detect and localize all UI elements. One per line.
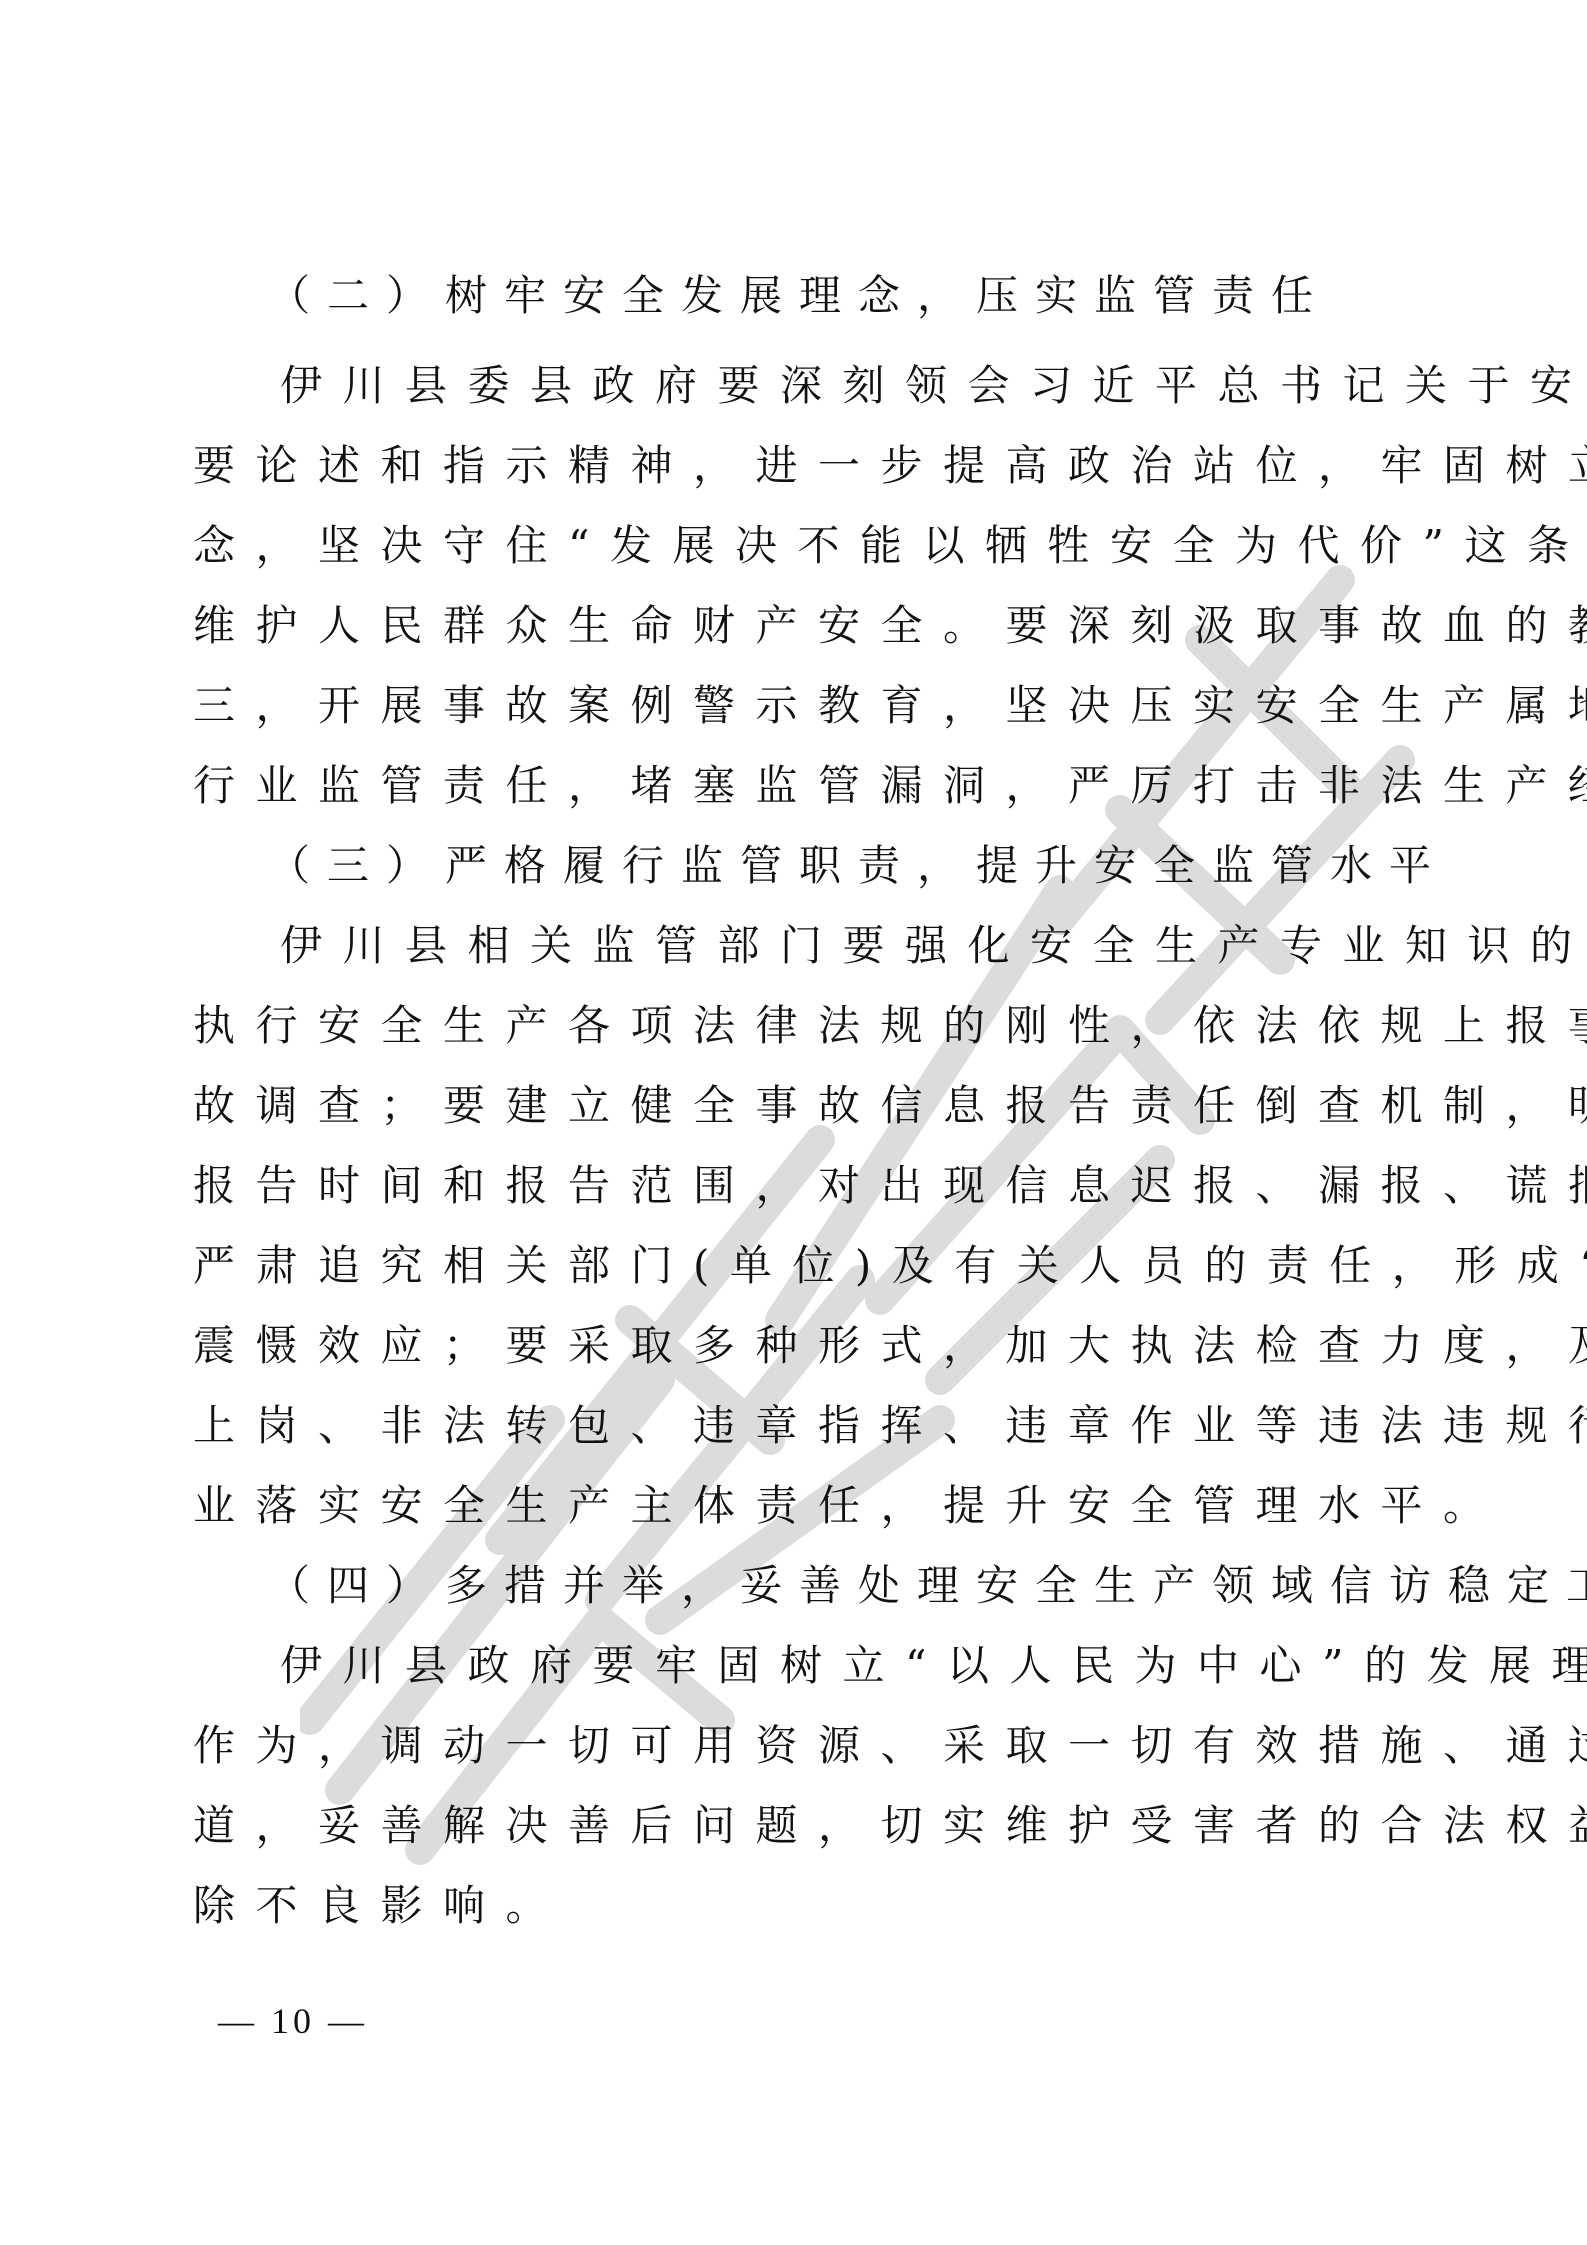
paragraph-line: 业落实安全生产主体责任，提升安全管理水平。 [193,1466,1393,1546]
paragraph-line: 报告时间和报告范围，对出现信息迟报、漏报、谎报、瞒报的， [193,1146,1393,1226]
paragraph-line: 伊川县相关监管部门要强化安全生产专业知识的学习，提升 [280,906,1480,986]
paragraph-line: 伊川县政府要牢固树立“以人民为中心”的发展理念，主动 [280,1626,1480,1706]
paragraph-line: 作为，调动一切可用资源、采取一切有效措施、通过一切合法渠 [193,1706,1393,1786]
paragraph-line: 三，开展事故案例警示教育，坚决压实安全生产属地管理责任和 [193,666,1393,746]
paragraph-line: 除不良影响。 [193,1866,1393,1946]
paragraph-line: 道，妥善解决善后问题，切实维护受害者的合法权益，尽可能消 [193,1786,1393,1866]
section-heading: （四）多措并举，妥善处理安全生产领域信访稳定工作 [268,1546,1468,1626]
paragraph-line: 震慑效应；要采取多种形式，加大执法检查力度，及时查处无证 [193,1306,1393,1386]
paragraph-line: 执行安全生产各项法律法规的刚性，依法依规上报事故和开展事 [193,986,1393,1066]
document-page: （二）树牢安全发展理念，压实监管责任 伊川县委县政府要深刻领会习近平总书记关于安… [0,0,1587,2245]
section-heading: （二）树牢安全发展理念，压实监管责任 [268,256,1468,336]
paragraph-line: 要论述和指示精神，进一步提高政治站位，牢固树立安全发展理 [193,426,1393,506]
page-number: — 10 — [218,2000,368,2042]
section-heading: （三）严格履行监管职责，提升安全监管水平 [268,826,1468,906]
paragraph-line: 念，坚决守住“发展决不能以牺牲安全为代价”这条红线，切实 [193,506,1393,586]
paragraph-line: 严肃追究相关部门(单位)及有关人员的责任，形成“不敢瞒”的 [193,1226,1393,1306]
paragraph-line: 故调查；要建立健全事故信息报告责任倒查机制，明确事故信息 [193,1066,1393,1146]
paragraph-line: 上岗、非法转包、违章指挥、违章作业等违法违规行为，倒逼企 [193,1386,1393,1466]
paragraph-line: 行业监管责任，堵塞监管漏洞，严厉打击非法生产经营建设行为。 [193,746,1393,826]
paragraph-line: 维护人民群众生命财产安全。要深刻汲取事故血的教训，举一反 [193,586,1393,666]
paragraph-line: 伊川县委县政府要深刻领会习近平总书记关于安全生产重 [280,346,1480,426]
